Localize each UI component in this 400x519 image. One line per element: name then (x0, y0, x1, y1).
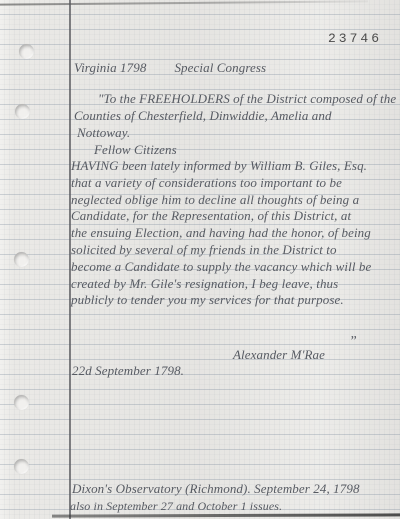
page-bottom-edge (52, 513, 400, 517)
scanned-notebook-page: 23746 Virginia 1798 Special Congress "To… (0, 0, 400, 519)
signature: Alexander M'Rae (233, 347, 325, 363)
punch-hole (14, 252, 29, 267)
source-citation-line: Dixon's Observatory (Richmond). Septembe… (72, 481, 360, 497)
body-line: the ensuing Election, and having had the… (71, 225, 371, 242)
body-line: publicly to tender you my services for t… (71, 292, 371, 309)
body-line: Candidate, for the Representation, of th… (71, 208, 371, 225)
archive-stamp-number: 23746 (328, 31, 382, 46)
address-line: "To the FREEHOLDERS of the District comp… (98, 91, 396, 107)
document-title: Virginia 1798 Special Congress (74, 60, 266, 76)
body-line: created by Mr. Gile's resignation, I beg… (71, 276, 371, 293)
page-top-edge (0, 0, 368, 5)
punch-hole (19, 44, 34, 59)
punch-hole (14, 459, 29, 474)
address-line: Nottoway. (77, 125, 130, 141)
title-subject: Special Congress (174, 60, 266, 76)
body-line: solicited by several of my friends in th… (71, 242, 371, 259)
body-line: that a variety of considerations too imp… (71, 175, 371, 192)
title-place-year: Virginia 1798 (74, 60, 146, 76)
date-line: 22d September 1798. (72, 363, 184, 379)
address-line: Counties of Chesterfield, Dinwiddie, Ame… (74, 108, 332, 124)
closing-quote-mark: ” (349, 334, 357, 350)
source-citation-line: also in September 27 and October 1 issue… (70, 499, 282, 514)
letter-body: HAVING been lately informed by William B… (71, 158, 371, 309)
body-line: neglected oblige him to decline all thou… (71, 192, 371, 209)
body-line: HAVING been lately informed by William B… (71, 158, 371, 175)
punch-hole (15, 104, 30, 119)
greeting-line: Fellow Citizens (94, 142, 177, 158)
punch-hole (14, 395, 29, 410)
body-line: become a Candidate to supply the vacancy… (71, 259, 371, 276)
title-gap (146, 60, 174, 76)
